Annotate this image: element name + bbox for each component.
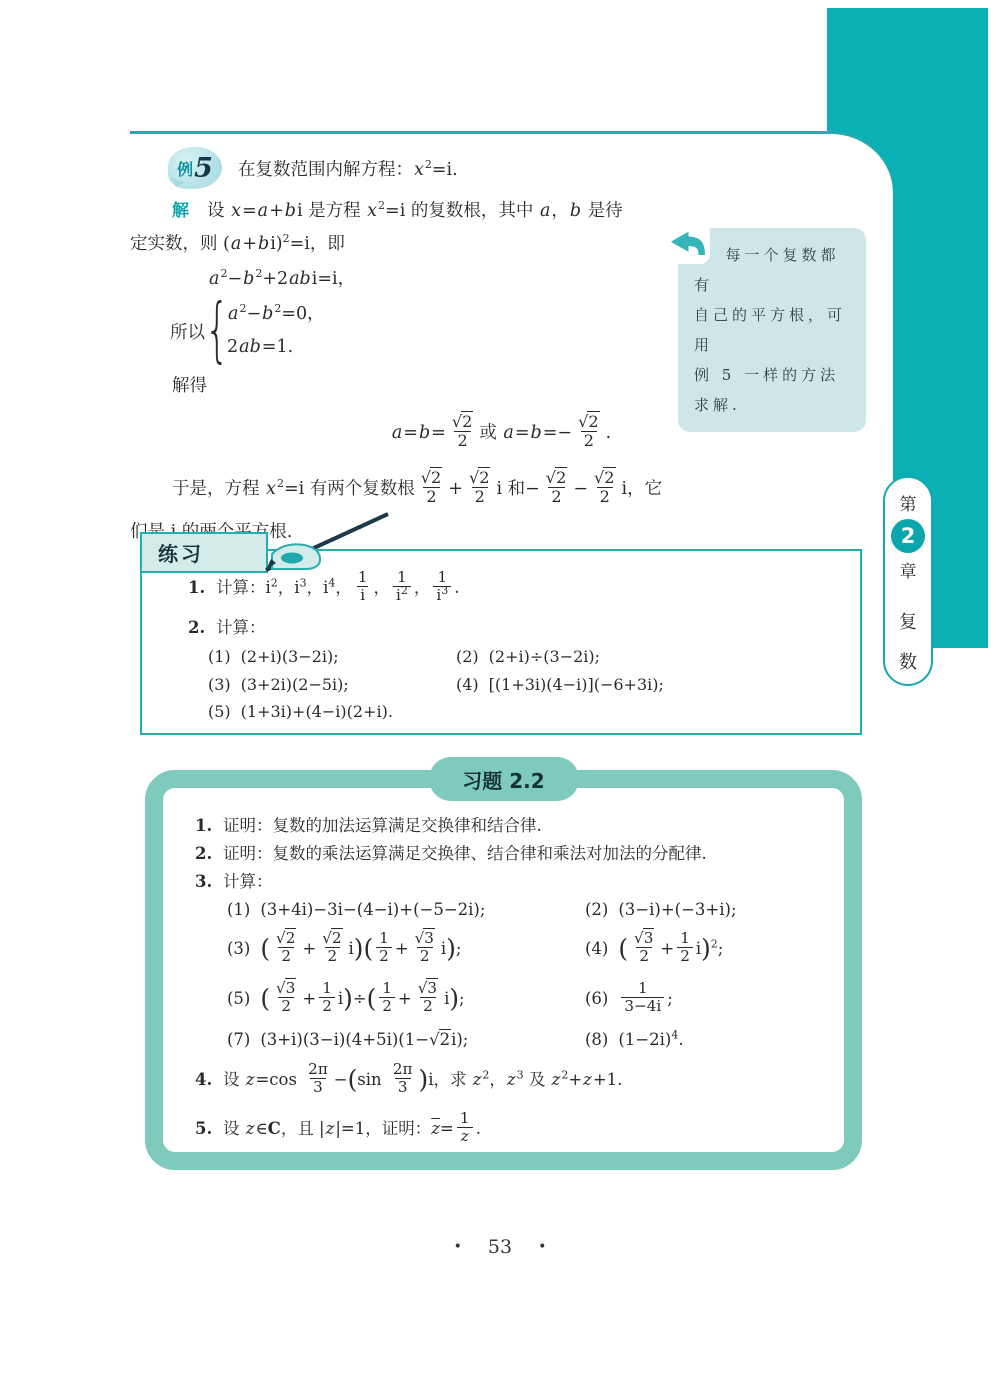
practice-item: 2. 计算： — [188, 613, 860, 643]
item-text: 证明：复数的加法运算满足交换律和结合律. — [223, 812, 542, 840]
chapter-number-badge: 2 — [891, 519, 925, 553]
practice-subitem: (3)(3+2i)(2−5i); — [208, 671, 456, 699]
item-text: 设 z=cos 2π3−(sin 2π3)i，求 z2，z3 及 z2+z+1. — [223, 1056, 622, 1104]
solution-text: 设 x=a+bi 是方程 x2=i 的复数根，其中 a，b 是待 — [207, 195, 623, 228]
practice-header-tab: 练习 — [140, 532, 268, 573]
margin-note: 每一个复数都有 自己的平方根，可用 例 5 一样的方法求解. — [678, 228, 866, 432]
exercise-subitem: (7)(3+i)(3−i)(4+5i)(1−√2i); — [227, 1024, 585, 1056]
note-line: 例 5 一样的方法求解. — [694, 360, 854, 420]
item-number: 5. — [195, 1104, 223, 1154]
item-number: 4. — [195, 1056, 223, 1104]
exercise-item: 1. 证明：复数的加法运算满足交换律和结合律. — [195, 812, 834, 840]
item-number: 2. — [188, 613, 216, 643]
footer-dot: • — [454, 1239, 462, 1255]
practice-subitem: (4)[(1+3i)(4−i)](−6+3i); — [456, 671, 860, 699]
example-badge: 例 5 — [168, 147, 222, 189]
practice-subitem-grid: (1)(2+i)(3−2i); (2)(2+i)÷(3−2i); (3)(3+2… — [208, 643, 860, 726]
chapter-suffix: 章 — [900, 557, 917, 582]
item-number: 1. — [195, 812, 223, 840]
system-braces: a2−b2=0，2ab=1. — [205, 298, 325, 364]
item-number: 3. — [195, 868, 223, 896]
exercise-subitem: (1)(3+4i)−3i−(4−i)+(−5−2i); — [227, 896, 585, 924]
solution-line: 解 设 x=a+bi 是方程 x2=i 的复数根，其中 a，b 是待 — [130, 195, 872, 228]
exercises-header-pill: 习题 2.2 — [429, 757, 579, 801]
exercises-box: 习题 2.2 1. 证明：复数的加法运算满足交换律和结合律. 2. 证明：复数的… — [145, 770, 862, 1170]
example-badge-label: 例 — [177, 157, 193, 180]
item-number: 2. — [195, 840, 223, 868]
example-badge-number: 5 — [194, 153, 213, 184]
example-statement: 在复数范围内解方程：x2=i. — [238, 156, 458, 181]
solution-label: 解 — [172, 195, 189, 228]
item-text: 证明：复数的乘法运算满足交换律、结合律和乘法对加法的分配律. — [223, 840, 707, 868]
practice-subitem: (2)(2+i)÷(3−2i); — [456, 643, 860, 671]
example-heading: 例 5 在复数范围内解方程：x2=i. — [130, 145, 872, 191]
textbook-page: 第 2 章 复 数 每一个复数都有 自己的平方根，可用 例 5 一样的方法求解.… — [0, 0, 1000, 1400]
exercise-subitem: (3)(√22+√22i)(12+√32i); — [227, 924, 585, 974]
item-text: 计算： — [223, 868, 273, 896]
page-number: 53 — [488, 1236, 512, 1258]
chapter-title-char: 复 — [899, 608, 917, 634]
exercise-subitem: (4)(√32+12i)2; — [585, 924, 834, 974]
chapter-prefix: 第 — [900, 490, 917, 515]
exercise-item: 4. 设 z=cos 2π3−(sin 2π3)i，求 z2，z3 及 z2+z… — [195, 1056, 834, 1104]
item-text: 计算： — [216, 613, 266, 643]
practice-subitem: (1)(2+i)(3−2i); — [208, 643, 456, 671]
chapter-title-char: 数 — [899, 648, 917, 674]
exercise-item: 5. 设 z∈C，且 |z|=1，证明：z=1z. — [195, 1104, 834, 1154]
practice-header-label: 练习 — [158, 538, 204, 567]
chapter-side-tab: 第 2 章 复 数 — [883, 476, 933, 686]
exercise-item: 3. 计算： — [195, 868, 834, 896]
note-line: 每一个复数都有 — [694, 240, 854, 300]
exercise-item: 2. 证明：复数的乘法运算满足交换律、结合律和乘法对加法的分配律. — [195, 840, 834, 868]
so-label: 所以 — [170, 319, 205, 344]
exercise-subitem: (6)13−4i; — [585, 974, 834, 1024]
exercises-body: 1. 证明：复数的加法运算满足交换律和结合律. 2. 证明：复数的乘法运算满足交… — [163, 788, 844, 1154]
practice-subitem: (5)(1+3i)+(4−i)(2+i). — [208, 698, 456, 726]
item-text: 设 z∈C，且 |z|=1，证明：z=1z. — [223, 1104, 481, 1154]
curved-left-arrow-icon — [662, 222, 710, 264]
practice-box: 练习 1. 计算：i2，i3，i4，1i，1i2，1i3. 2. 计算： (1)… — [140, 549, 862, 735]
note-line: 自己的平方根，可用 — [694, 300, 854, 360]
exercise-subitem-grid: (1)(3+4i)−3i−(4−i)+(−5−2i); (2)(3−i)+(−3… — [227, 896, 834, 1056]
page-footer: • 53 • — [0, 1236, 1000, 1258]
footer-dot: • — [538, 1239, 546, 1255]
exercise-subitem: (5)(√32+12i)÷(12+√32i); — [227, 974, 585, 1024]
exercise-subitem: (2)(3−i)+(−3+i); — [585, 896, 834, 924]
exercise-subitem: (8)(1−2i)4. — [585, 1024, 834, 1056]
